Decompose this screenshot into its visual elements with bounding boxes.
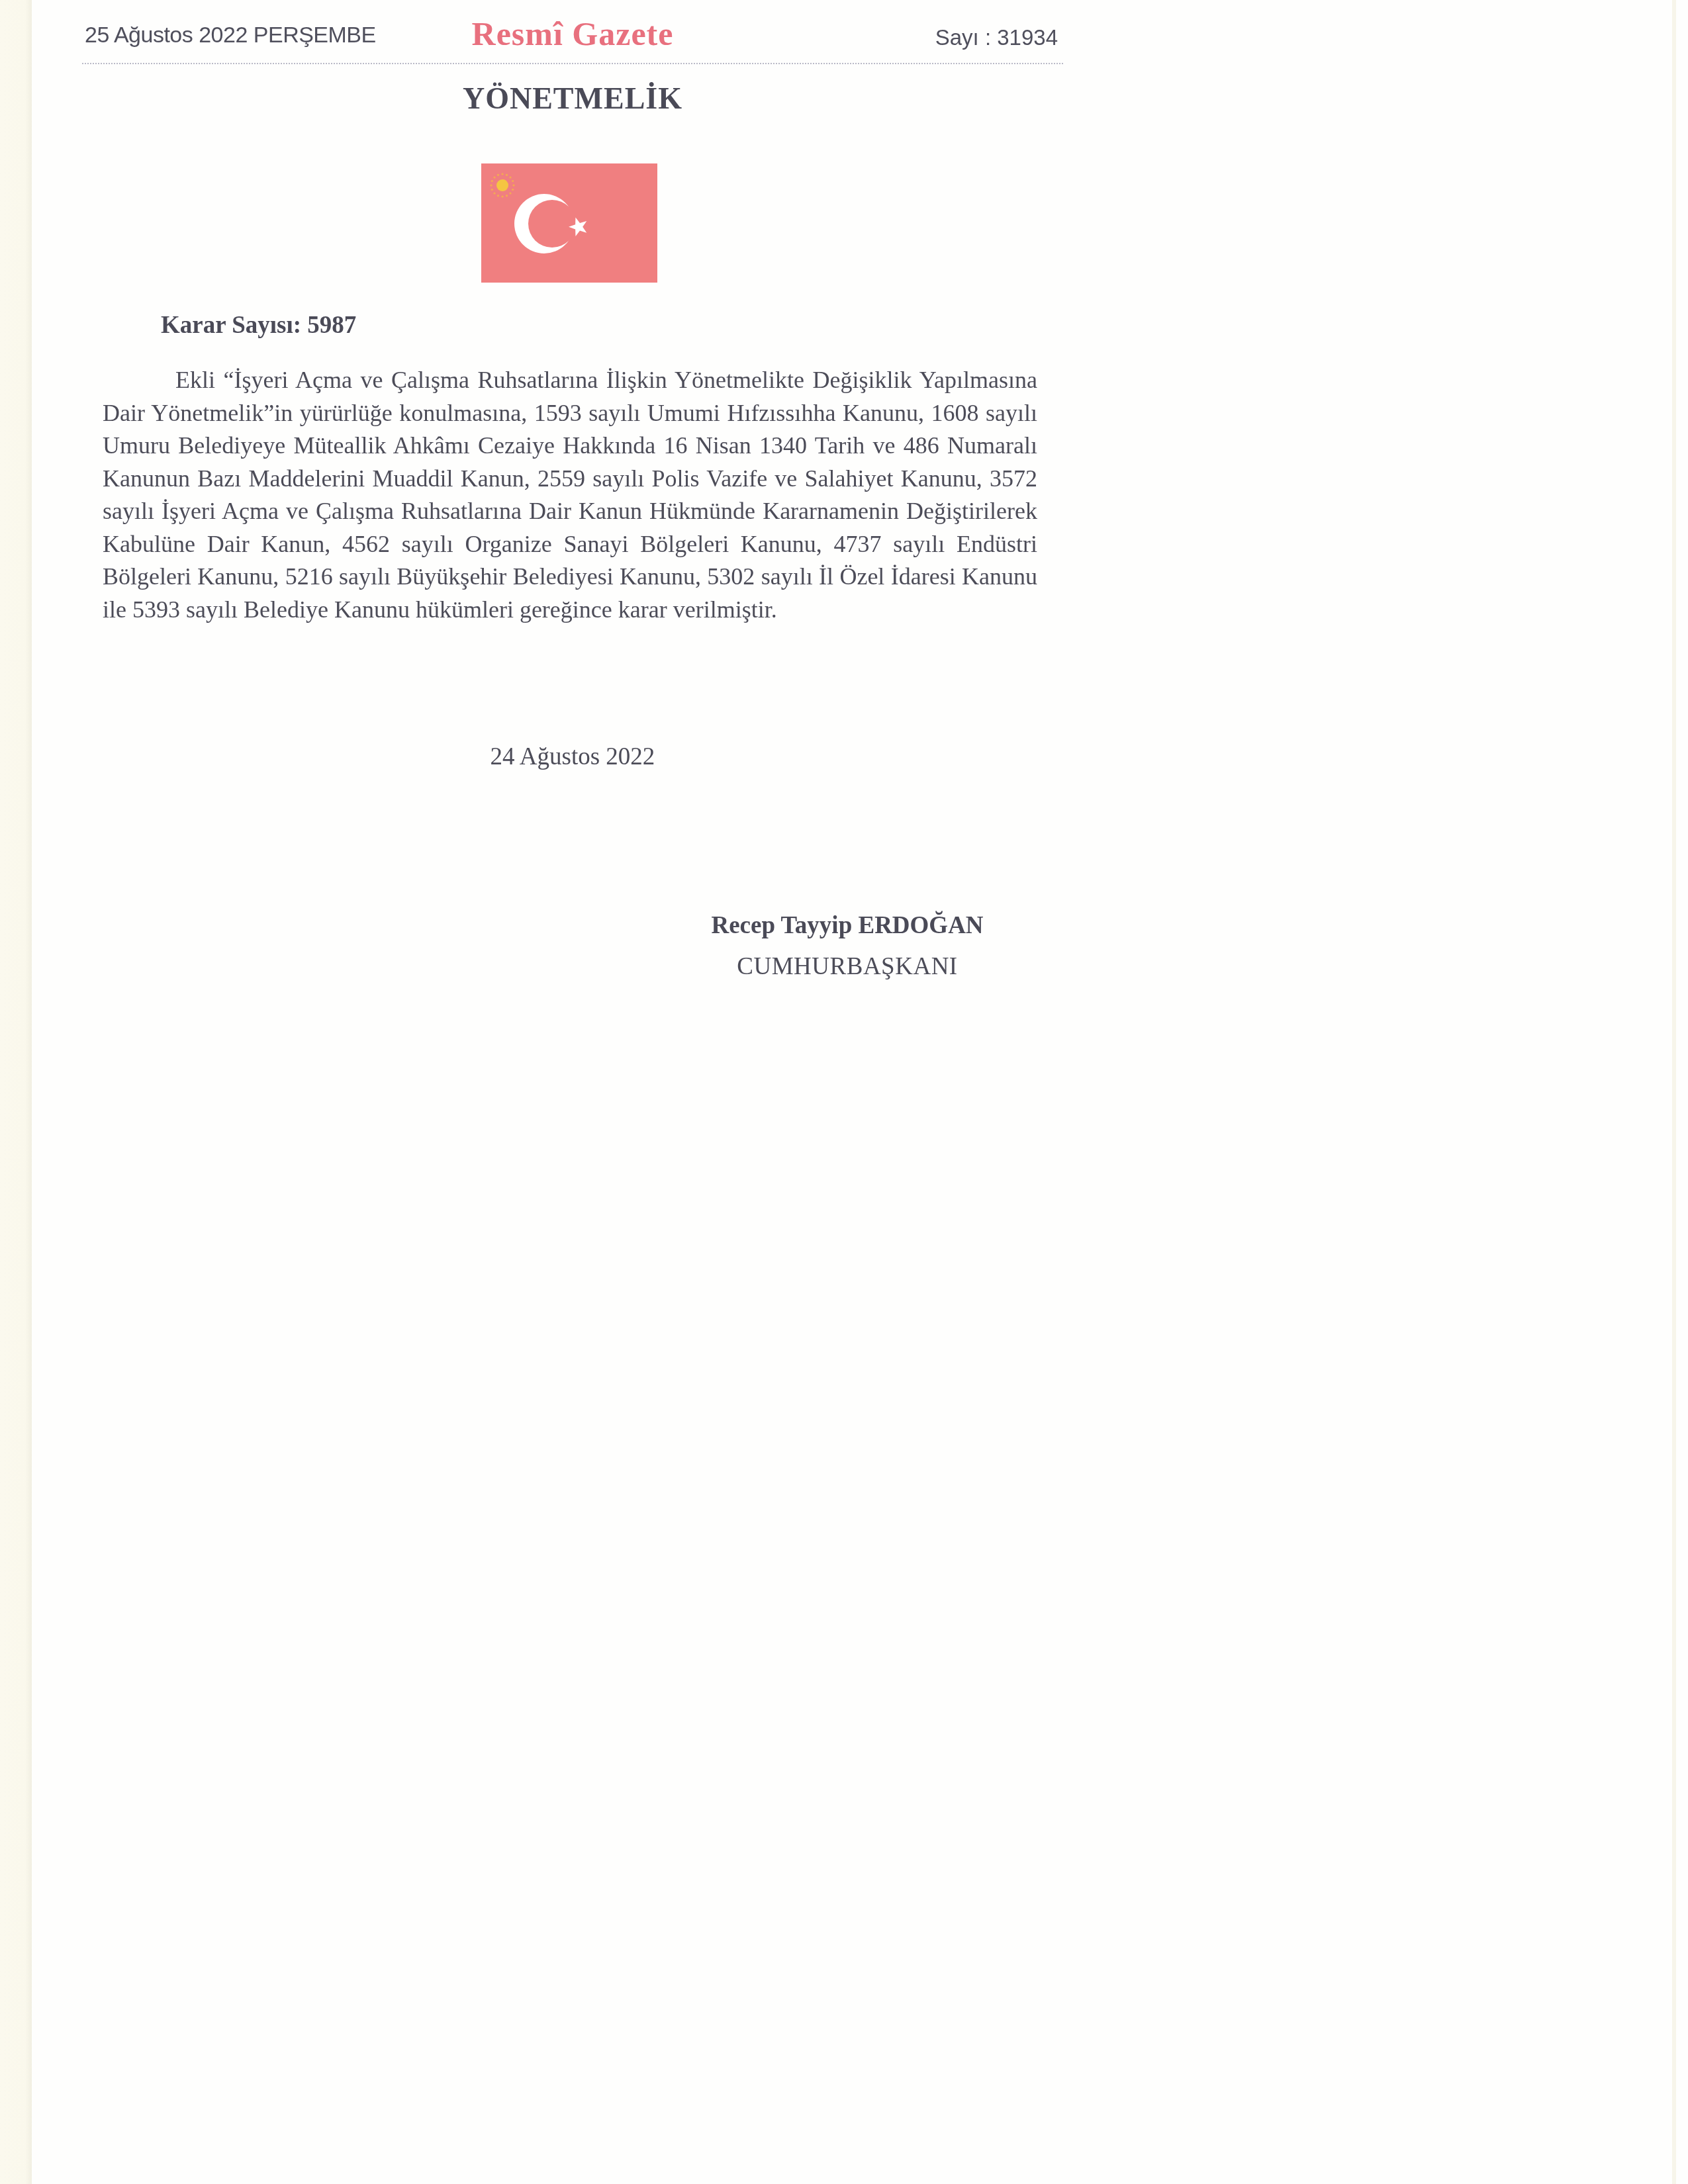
document-type-heading: YÖNETMELİK (0, 81, 1145, 116)
issue-number: Sayı : 31934 (935, 25, 1058, 50)
scan-edge-left (0, 0, 32, 2184)
signature-block: Recep Tayyip ERDOĞAN CUMHURBAŞKANI (662, 905, 1033, 987)
signature-date: 24 Ağustos 2022 (0, 743, 1145, 771)
header-divider (82, 63, 1063, 64)
decision-number: Karar Sayısı: 5987 (161, 311, 356, 340)
document-body: Ekli “İşyeri Açma ve Çalışma Ruhsatların… (103, 364, 1037, 626)
turkish-flag-icon (481, 163, 657, 283)
signer-title: CUMHURBAŞKANI (662, 946, 1033, 987)
scan-edge-right (1672, 0, 1676, 2184)
signer-name: Recep Tayyip ERDOĞAN (662, 905, 1033, 946)
